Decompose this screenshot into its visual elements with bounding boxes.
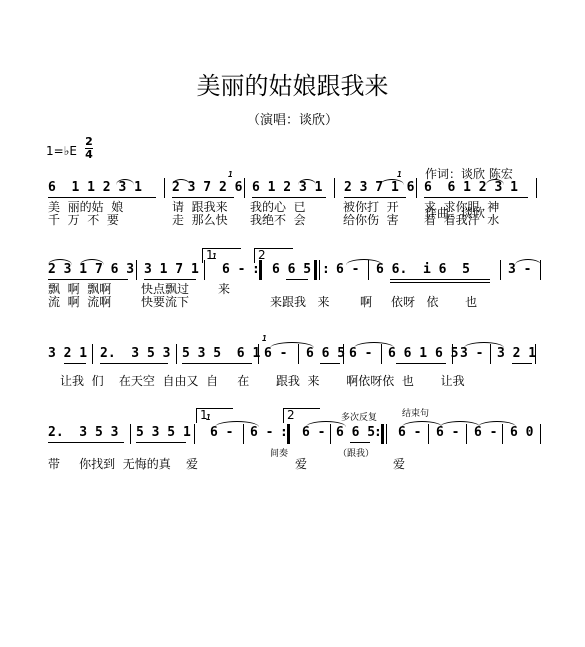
time-denominator: 4 bbox=[85, 148, 93, 161]
measure-notes: 5 3 5 1 bbox=[136, 426, 191, 440]
lyrics-v1: 来 bbox=[218, 283, 230, 296]
lyrics-v2: 来跟我 来 啊 依呀 依 也 bbox=[270, 296, 477, 309]
volta-1: 1 bbox=[202, 248, 241, 263]
measure-notes: 3 2 1 bbox=[48, 347, 87, 361]
lyrics-v2: 快要流下 bbox=[141, 296, 189, 309]
measure-notes: 6 6. i 6 5 bbox=[376, 263, 470, 277]
volta-2: 2 bbox=[254, 248, 293, 263]
barline bbox=[244, 178, 245, 198]
time-signature: 2 4 bbox=[84, 136, 94, 161]
measure-notes: 6 6 5 bbox=[336, 426, 375, 440]
interlude-annotation: 间奏 bbox=[270, 446, 288, 459]
song-title: 美丽的姑娘跟我来 bbox=[0, 66, 585, 101]
measure-notes: 5 3 5 6 1 bbox=[182, 347, 260, 361]
lyrics-v2: 走 那么快 bbox=[172, 214, 228, 227]
barline bbox=[536, 178, 537, 198]
grace-note: 1 bbox=[397, 170, 402, 179]
key-signature: 1=♭E bbox=[46, 144, 77, 158]
barline bbox=[164, 178, 165, 198]
measure-notes: 3 1 7 1 bbox=[144, 263, 199, 277]
barline bbox=[334, 178, 335, 198]
lyrics-v1: 带 你找到 无悔的真 爱 bbox=[48, 458, 198, 471]
measure-notes: 6 - bbox=[250, 426, 273, 440]
ending-annotation: 结束句 bbox=[402, 406, 429, 419]
repeat-many-annotation: 多次反复 bbox=[341, 410, 377, 423]
lyrics-v1: 爱 bbox=[295, 458, 307, 471]
measure-notes: 6 - bbox=[436, 426, 459, 440]
measure-notes: 2. 3 5 3 bbox=[100, 347, 170, 361]
measure-notes: 6 0 bbox=[510, 426, 533, 440]
measure-notes: 2. 3 5 3 bbox=[48, 426, 118, 440]
measure-notes: 3 - bbox=[508, 263, 531, 277]
measure-notes: 6 - bbox=[210, 426, 233, 440]
lyrics-v1: 爱 bbox=[393, 458, 405, 471]
measure-notes: 2 3 1 7 6 3 bbox=[48, 263, 134, 277]
measure-notes: 3 2 1 bbox=[497, 347, 536, 361]
measure-notes: 6 6 1 6 5 bbox=[388, 347, 458, 361]
gen-wo-annotation: （跟我） bbox=[338, 446, 374, 459]
measure-notes: 6 6 5 bbox=[306, 347, 345, 361]
lyrics-v2: 看 看我汗 水 bbox=[424, 214, 499, 227]
measure-notes: 6 - bbox=[264, 347, 287, 361]
measure-notes: 6 6 5 bbox=[272, 263, 311, 277]
singer-credit: （演唱：谈欣） bbox=[0, 109, 585, 128]
measure-notes: 6 - bbox=[302, 426, 325, 440]
measure-notes: 6 - bbox=[398, 426, 421, 440]
time-numerator: 2 bbox=[85, 135, 93, 148]
lyrics-v1: 让我 们 在天空 自由又 自 在 跟我 来 啊依呀依 也 让我 bbox=[60, 375, 465, 388]
volta-2: 2 bbox=[283, 408, 320, 423]
repeat-start: : bbox=[322, 263, 330, 277]
measure-notes: 6 - bbox=[349, 347, 372, 361]
lyrics-v2: 流 啊 流啊 bbox=[48, 296, 111, 309]
measure-notes: 3 - bbox=[460, 347, 483, 361]
measure-notes: 6 - bbox=[336, 263, 359, 277]
measure-notes: 6 - bbox=[474, 426, 497, 440]
lyrics-v2: 千 万 不 要 bbox=[48, 214, 119, 227]
barline bbox=[416, 178, 417, 198]
measure-notes: 6 - bbox=[222, 263, 245, 277]
grace-note: 1 bbox=[228, 170, 233, 179]
lyrics-v2: 给你伤 害 bbox=[343, 214, 399, 227]
lyrics-v2: 我绝不 会 bbox=[250, 214, 306, 227]
